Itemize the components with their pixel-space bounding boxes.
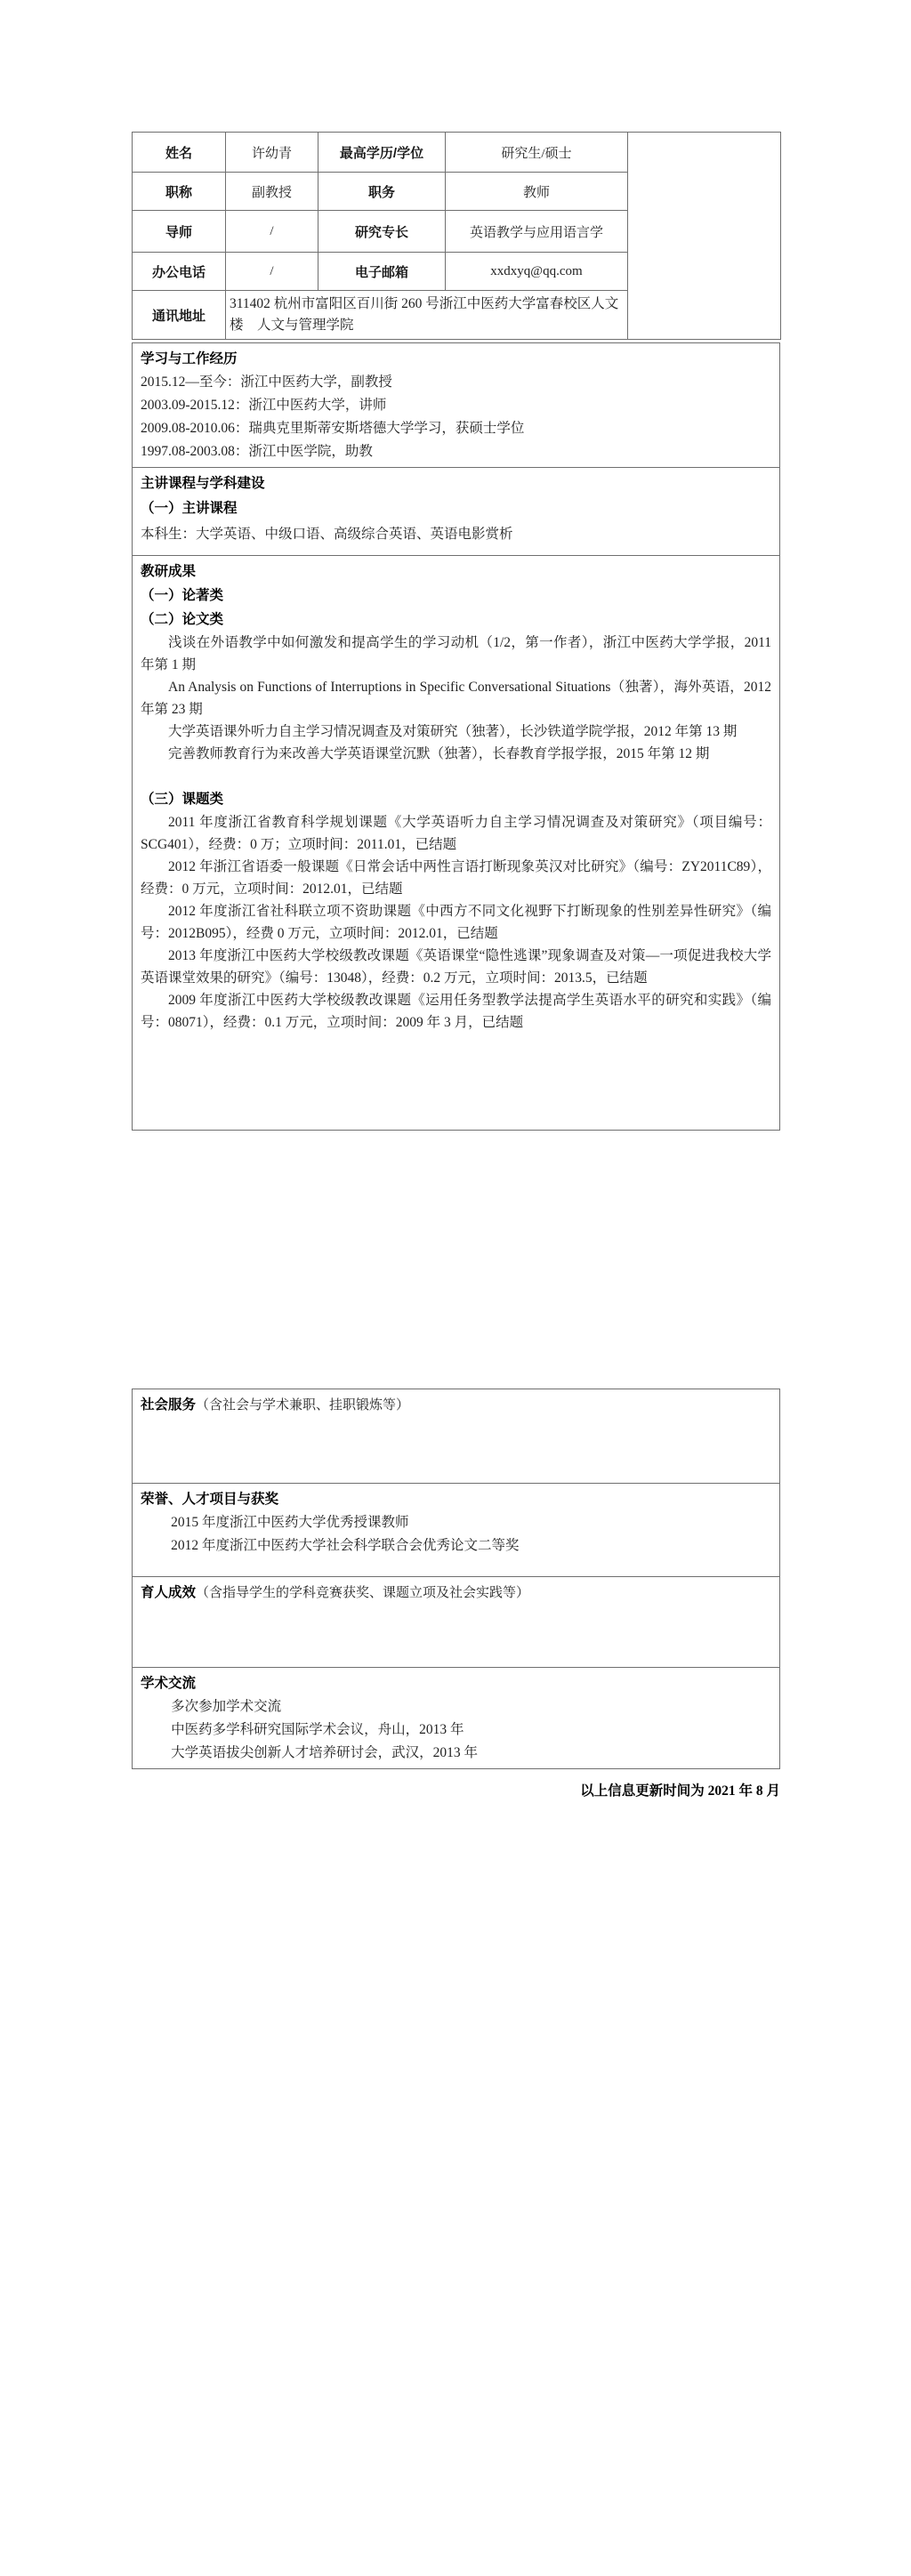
update-time-note: 以上信息更新时间为 2021 年 8 月 [132,1780,780,1799]
experience-item: 2009.08-2010.06：瑞典克里斯蒂安斯塔德大学学习，获硕士学位 [141,417,771,440]
section-service: 社会服务（含社会与学术兼职、挂职锻炼等） [133,1389,779,1483]
paper-item: 完善教师教育行为来改善大学英语课堂沉默（独著），长春教育学报学报，2015 年第… [141,743,771,765]
paper-item: An Analysis on Functions of Interruption… [141,676,771,720]
honors-title: 荣誉、人才项目与获奖 [141,1492,278,1507]
section-mentoring: 育人成效（含指导学生的学科竞赛获奖、课题立项及社会实践等） [133,1576,779,1667]
experience-item: 1997.08-2003.08：浙江中医学院，助教 [141,440,771,463]
title-value: 副教授 [226,173,318,211]
email-value: xxdxyq@qq.com [446,253,628,291]
experience-title: 学习与工作经历 [141,351,238,366]
supervisor-value: / [226,211,318,253]
exchange-item: 多次参加学术交流 [141,1695,771,1719]
courses-title: 主讲课程与学科建设 [141,476,265,491]
project-item: 2012 年浙江省语委一般课题《日常会话中两性言语打断现象英汉对比研究》（编号：… [141,856,771,900]
exchange-item: 大学英语拔尖创新人才培养研讨会，武汉，2013 年 [141,1742,771,1765]
address-label: 通讯地址 [133,291,226,340]
degree-value: 研究生/硕士 [446,133,628,173]
address-value: 311402 杭州市富阳区百川街 260 号浙江中医药大学富春校区人文楼 人文与… [226,291,628,340]
degree-label: 最高学历/学位 [318,133,446,173]
research-works-heading: （一）论著类 [141,584,771,608]
mentoring-note: （含指导学生的学科竞赛获奖、课题立项及社会实践等） [196,1586,529,1600]
project-item: 2012 年度浙江省社科联立项不资助课题《中西方不同文化视野下打断现象的性别差异… [141,900,771,945]
courses-subtitle: （一）主讲课程 [141,495,771,521]
mentoring-title: 育人成效 [141,1585,196,1600]
table-row: 姓名 许幼青 最高学历/学位 研究生/硕士 [133,133,781,173]
email-label: 电子邮箱 [318,253,446,291]
experience-item: 2015.12—至今：浙江中医药大学，副教授 [141,371,771,394]
photo-placeholder-cell [628,133,781,340]
project-item: 2013 年度浙江中医药大学校级教改课题《英语课堂“隐性逃课”现象调查及对策—一… [141,945,771,989]
paper-item: 浅谈在外语教学中如何激发和提高学生的学习动机（1/2，第一作者），浙江中医药大学… [141,632,771,676]
experience-item: 2003.09-2015.12：浙江中医药大学，讲师 [141,394,771,417]
section-exchange: 学术交流 多次参加学术交流 中医药多学科研究国际学术会议，舟山，2013 年 大… [133,1667,779,1768]
project-item: 2009 年度浙江中医药大学校级教改课题《运用任务型教学法提高学生英语水平的研究… [141,989,771,1034]
name-value: 许幼青 [226,133,318,173]
section-experience: 学习与工作经历 2015.12—至今：浙江中医药大学，副教授 2003.09-2… [133,343,779,467]
honor-item: 2012 年度浙江中医药大学社会科学联合会优秀论文二等奖 [141,1534,771,1558]
office-phone-value: / [226,253,318,291]
service-title: 社会服务 [141,1397,196,1413]
section-research: 教研成果 （一）论著类 （二）论文类 浅谈在外语教学中如何激发和提高学生的学习动… [133,555,779,1130]
exchange-title: 学术交流 [141,1676,196,1691]
paper-item: 大学英语课外听力自主学习情况调查及对策研究（独著），长沙铁道学院学报，2012 … [141,720,771,743]
position-label: 职务 [318,173,446,211]
research-title: 教研成果 [141,564,196,579]
research-projects-heading: （三）课题类 [141,787,771,811]
section-honors: 荣誉、人才项目与获奖 2015 年度浙江中医药大学优秀授课教师 2012 年度浙… [133,1483,779,1576]
position-value: 教师 [446,173,628,211]
honor-item: 2015 年度浙江中医药大学优秀授课教师 [141,1511,771,1534]
specialty-value: 英语教学与应用语言学 [446,211,628,253]
name-label: 姓名 [133,133,226,173]
title-label: 职称 [133,173,226,211]
courses-content: 本科生：大学英语、中级口语、高级综合英语、英语电影赏析 [141,521,771,547]
blank-line [141,765,771,787]
exchange-item: 中医药多学科研究国际学术会议，舟山，2013 年 [141,1719,771,1742]
secondary-sections-box: 社会服务（含社会与学术兼职、挂职锻炼等） 荣誉、人才项目与获奖 2015 年度浙… [132,1389,780,1769]
main-sections-box: 学习与工作经历 2015.12—至今：浙江中医药大学，副教授 2003.09-2… [132,342,780,1131]
research-papers-heading: （二）论文类 [141,608,771,632]
service-note: （含社会与学术兼职、挂职锻炼等） [196,1398,409,1413]
project-item: 2011 年度浙江省教育科学规划课题《大学英语听力自主学习情况调查及对策研究》（… [141,811,771,856]
profile-table: 姓名 许幼青 最高学历/学位 研究生/硕士 职称 副教授 职务 教师 导师 / … [132,132,781,340]
office-phone-label: 办公电话 [133,253,226,291]
section-courses: 主讲课程与学科建设 （一）主讲课程 本科生：大学英语、中级口语、高级综合英语、英… [133,467,779,555]
supervisor-label: 导师 [133,211,226,253]
cv-document: 姓名 许幼青 最高学历/学位 研究生/硕士 职称 副教授 职务 教师 导师 / … [132,132,780,1799]
specialty-label: 研究专长 [318,211,446,253]
